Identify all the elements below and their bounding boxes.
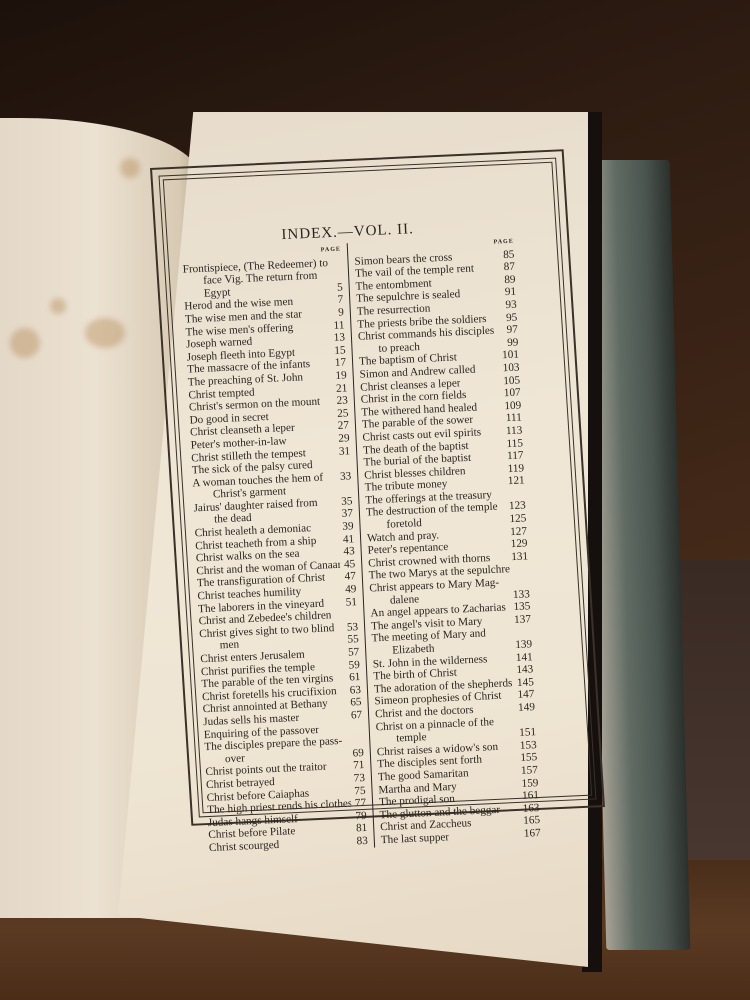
entry-page-number: 9 (334, 306, 344, 319)
entry-page-number: 153 (516, 739, 537, 753)
entry-page-number: 125 (505, 512, 526, 526)
entry-page-number: 17 (331, 357, 347, 370)
entry-page-number: 119 (503, 462, 524, 476)
entry-page-number: 23 (332, 394, 348, 407)
entry-page-number: 13 (330, 332, 346, 345)
foxing-stain (85, 318, 125, 348)
entry-page-number: 53 (343, 621, 359, 634)
entry-page-number: 43 (339, 545, 355, 558)
entry-page-number: 135 (509, 600, 530, 614)
left-column: PAGE Frontispiece, (The Redeemer) toface… (176, 243, 375, 855)
entry-page-number: 87 (499, 261, 515, 274)
entry-page-number: 39 (338, 520, 354, 533)
entry-page-number: 91 (501, 286, 517, 299)
right-column: PAGE Simon bears the cross85The vail of … (348, 235, 547, 847)
entry-page-number: 141 (512, 651, 533, 665)
entry-page-number: 167 (520, 827, 541, 841)
entry-page-number: 59 (344, 659, 360, 672)
entry-page-number: 131 (507, 550, 528, 564)
entry-page-number: 55 (343, 633, 359, 646)
entry-page-number: 157 (517, 764, 538, 778)
entry-page-number: 79 (351, 810, 367, 823)
entry-page-number: 63 (346, 684, 362, 697)
entry-page-number: 5 (333, 281, 343, 294)
entry-page-number: 81 (352, 822, 368, 835)
entry-page-number: 143 (512, 663, 533, 677)
entry-page-number: 57 (344, 646, 360, 659)
entry-page-number (521, 487, 526, 500)
entry-page-number: 97 (502, 324, 518, 337)
foxing-stain (120, 158, 140, 178)
entry-page-number: 65 (346, 696, 362, 709)
entry-page-number (525, 575, 530, 588)
entry-page-number: 25 (333, 407, 349, 420)
entry-page-number: 29 (334, 432, 350, 445)
entry-page-number: 35 (337, 495, 353, 508)
entry-page-number (531, 714, 536, 727)
entry-page-number: 77 (351, 797, 367, 810)
entry-page-number: 67 (347, 709, 363, 722)
entry-page-number: 95 (502, 311, 518, 324)
entry-page-number: 69 (348, 747, 364, 760)
entry-page-number: 41 (339, 533, 355, 546)
entry-page-number: 99 (503, 336, 519, 349)
entry-page-number: 15 (330, 344, 346, 357)
entry-page-number: 161 (518, 789, 539, 803)
entry-page-number: 47 (340, 571, 356, 584)
entry-page-number: 165 (519, 814, 540, 828)
entry-page-number: 83 (352, 835, 368, 848)
entry-page-number: 151 (515, 726, 536, 740)
entry-page-number (337, 256, 342, 269)
entry-page-number: 93 (501, 299, 517, 312)
entry-page-number: 19 (331, 369, 347, 382)
entry-page-number: 129 (506, 538, 527, 552)
entry-page-number: 101 (498, 349, 519, 363)
entry-page-number: 115 (502, 437, 523, 451)
entry-page-number: 109 (500, 399, 521, 413)
entry-page-number: 107 (500, 387, 521, 401)
entry-page-number (338, 269, 343, 282)
entry-page-number: 89 (500, 273, 516, 286)
entry-page-number: 45 (340, 558, 356, 571)
entry-page-number: 117 (503, 450, 524, 464)
entry-page-number: 27 (334, 420, 350, 433)
entry-page-number (348, 483, 353, 496)
entry-page-number (346, 457, 351, 470)
entry-page-number: 113 (502, 424, 523, 438)
entry-page-number: 105 (499, 374, 520, 388)
entry-page-number: 85 (499, 248, 515, 261)
entry-page-number (358, 722, 363, 735)
entry-page-number: 163 (518, 802, 539, 816)
entry-page-number (527, 626, 532, 639)
entry-page-number: 127 (506, 525, 527, 539)
entry-page-number: 147 (513, 689, 534, 703)
entry-page-number: 71 (349, 759, 365, 772)
entry-page-number: 51 (342, 596, 358, 609)
entry-page-number: 31 (335, 445, 351, 458)
entry-page-number: 73 (350, 772, 366, 785)
entry-page-number: 11 (329, 319, 344, 332)
entry-page-number: 33 (336, 470, 352, 483)
index-content: INDEX.—VOL. II. PAGE Frontispiece, (The … (175, 216, 548, 855)
entry-page-number: 139 (511, 638, 532, 652)
entry-page-number: 133 (509, 588, 530, 602)
entry-page-number: 149 (514, 701, 535, 715)
foxing-stain (50, 298, 66, 314)
entry-page-number: 7 (333, 294, 343, 307)
entry-page-number: 137 (510, 613, 531, 627)
entry-page-number (359, 734, 364, 747)
entry-page-number (524, 563, 529, 576)
entry-page-number: 123 (505, 500, 526, 514)
entry-page-number: 103 (498, 361, 519, 375)
entry-page-number: 111 (502, 412, 523, 425)
entry-page-number (353, 608, 358, 621)
entry-page-number: 145 (513, 676, 534, 690)
entry-page-number: 61 (345, 671, 361, 684)
entry-page-number: 21 (332, 382, 348, 395)
entry-page-number: 37 (338, 508, 354, 521)
entry-page-number: 155 (516, 751, 537, 765)
foxing-stain (10, 328, 40, 358)
entry-page-number: 159 (517, 777, 538, 791)
entry-page-number: 49 (341, 583, 357, 596)
entry-page-number: 75 (350, 784, 366, 797)
entry-page-number: 121 (504, 475, 525, 489)
